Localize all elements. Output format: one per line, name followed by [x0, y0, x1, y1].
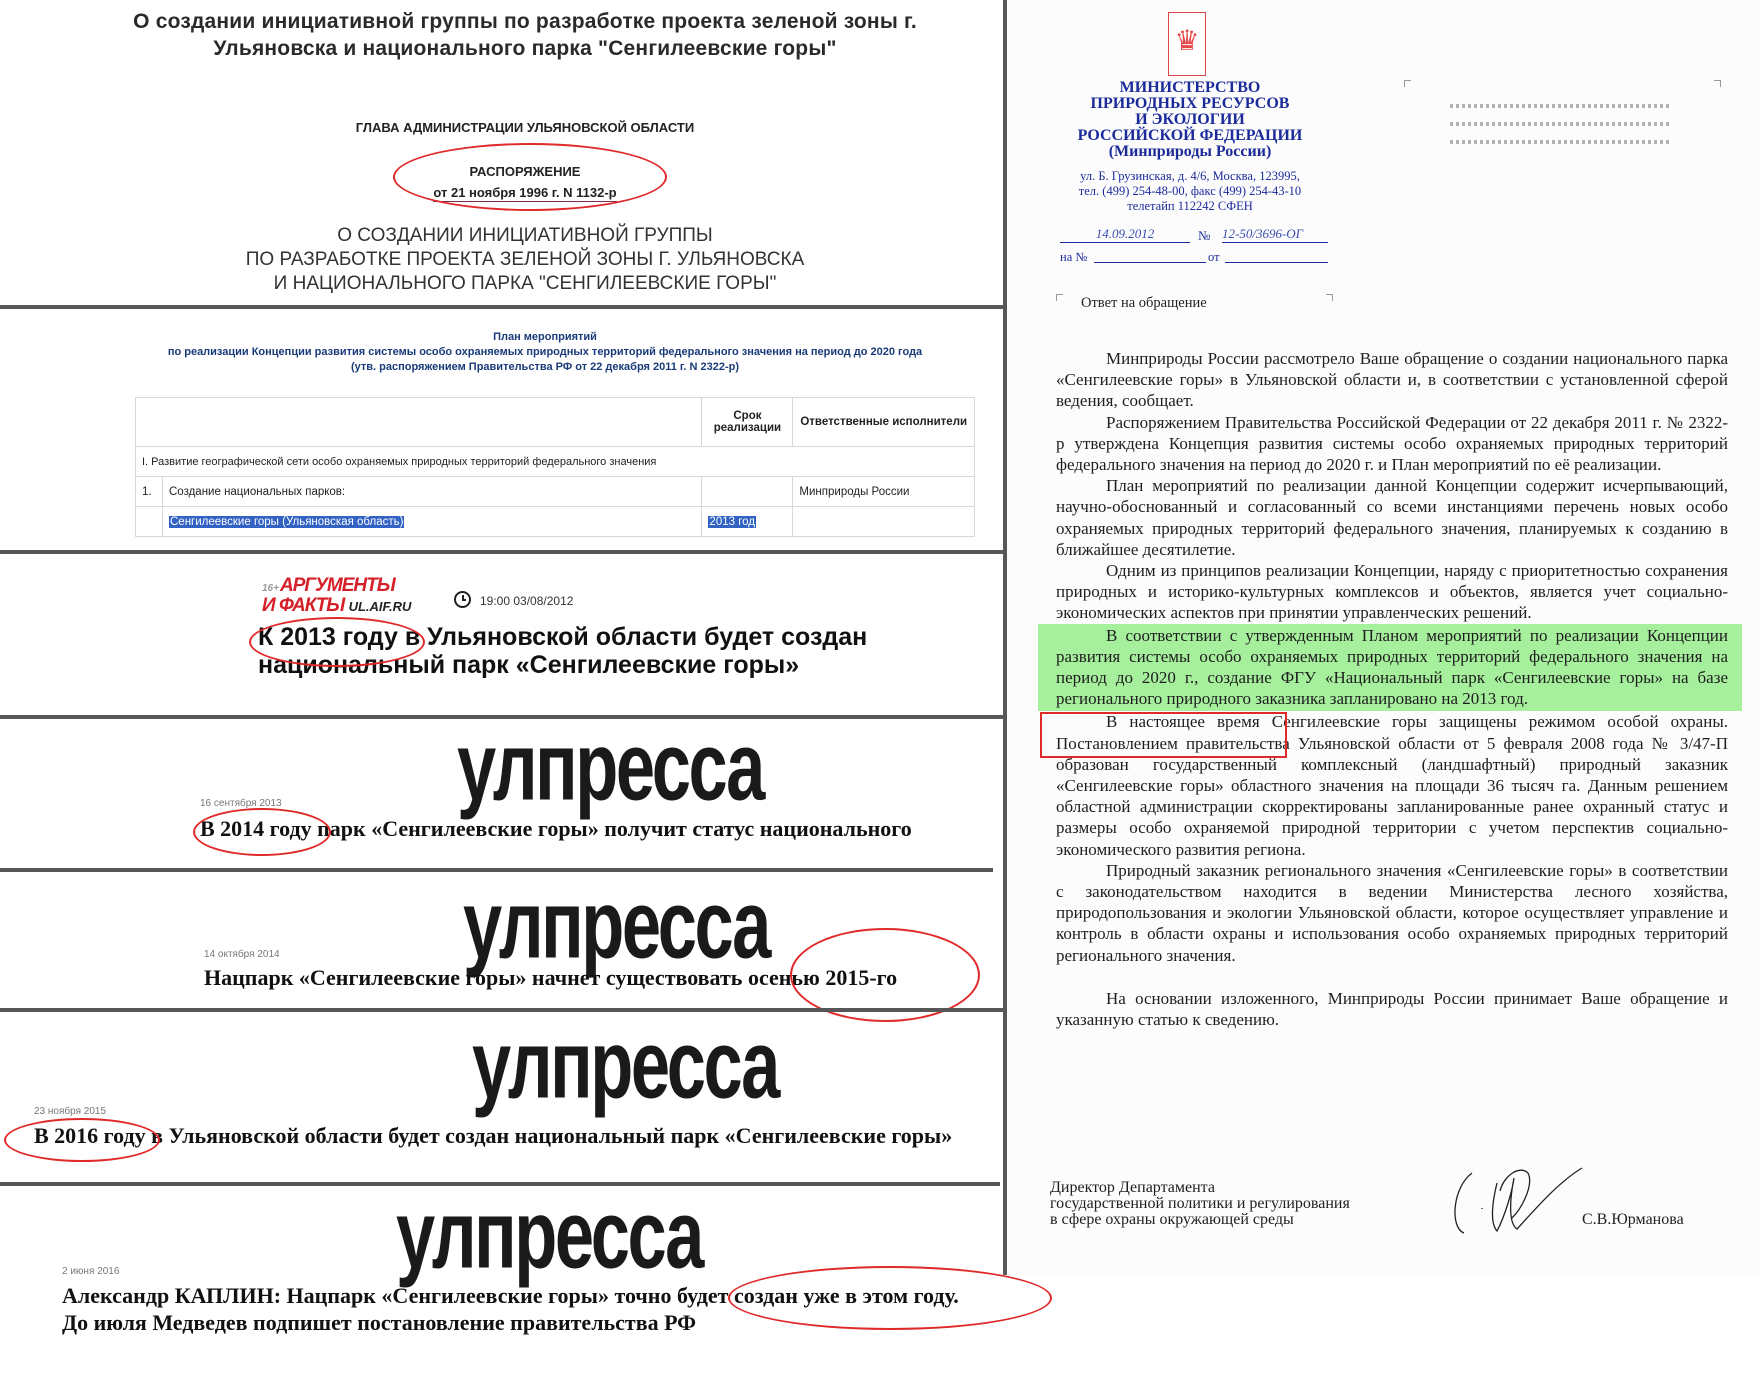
headline-text: Александр КАПЛИН: Нацпарк «Сенгилеевские…: [62, 1283, 677, 1308]
plan-2011-heading-line: по реализации Концепции развития системы…: [120, 345, 970, 360]
table-section-row: I. Развитие географической сети особо ох…: [136, 447, 975, 477]
aif-logo-line2: И ФАКТЫ: [262, 595, 344, 616]
ministry-address-line: телетайп 112242 СФЕН: [1040, 199, 1340, 214]
letter-paragraph: На основании изложенного, Минприроды Рос…: [1056, 988, 1728, 1030]
table-cell-term: [702, 477, 793, 507]
annotation-ellipse-2014: [193, 808, 331, 856]
signatory-title-line: в сфере охраны окружающей среды: [1050, 1212, 1350, 1228]
russian-coat-of-arms-icon: ♛: [1168, 12, 1206, 76]
selected-text[interactable]: 2013 год: [708, 516, 756, 528]
annotation-ellipse-2016: [4, 1118, 160, 1162]
reference-number-field: [1094, 262, 1206, 263]
headline-text: парк «Сенгилеевские горы» получит статус…: [312, 816, 912, 841]
order-1996-subtitle-line: и национального парка "Сенгилеевские гор…: [130, 272, 920, 296]
letter-subject: Ответ на обращение: [1081, 295, 1207, 312]
ministry-address-line: ул. Б. Грузинская, д. 4/6, Москва, 12399…: [1040, 169, 1340, 184]
order-1996-issuer: ГЛАВА АДМИНИСТРАЦИИ УЛЬЯНОВСКОЙ ОБЛАСТИ: [130, 120, 920, 135]
corner-mark: [1404, 80, 1411, 87]
ministry-name-line: РОССИЙСКОЙ ФЕДЕРАЦИИ: [1060, 128, 1320, 144]
plan-2011-heading-line: (утв. распоряжением Правительства РФ от …: [120, 360, 970, 375]
letter-paragraph: Распоряжением Правительства Российской Ф…: [1056, 412, 1728, 476]
outgoing-date: 14.09.2012: [1060, 226, 1190, 243]
ministry-address: ул. Б. Грузинская, д. 4/6, Москва, 12399…: [1040, 169, 1340, 214]
ministry-name-line: И ЭКОЛОГИИ: [1060, 112, 1320, 128]
outgoing-number: 12-50/3696-ОГ: [1222, 226, 1328, 243]
section-divider: [0, 305, 1003, 309]
letter-paragraph: План мероприятий по реализации данной Ко…: [1056, 475, 1728, 560]
table-header-cell: [136, 398, 702, 447]
article-date: 2 июня 2016: [62, 1266, 119, 1277]
corner-mark: [1056, 294, 1063, 301]
table-cell-item[interactable]: Сенгилеевские горы (Ульяновская область): [163, 507, 702, 537]
table-header-row: Срок реализации Ответственные исполнител…: [136, 398, 975, 447]
aif-timestamp: 19:00 03/08/2012: [480, 594, 573, 608]
outgoing-number-label: №: [1198, 228, 1210, 244]
clock-icon: [454, 591, 471, 608]
annotation-ellipse-this-year: [728, 1266, 1052, 1330]
letter-body: Минприроды России рассмотрело Ваше обращ…: [1056, 348, 1728, 1030]
annotation-ellipse-2013: [249, 617, 425, 667]
signatory-name: С.В.Юрманова: [1582, 1211, 1684, 1229]
ulpressa-logo: улпресса: [472, 1020, 778, 1110]
annotation-ellipse-order-date: [393, 143, 667, 211]
redacted-addressee: [1450, 96, 1670, 158]
plan-2011-table: Срок реализации Ответственные исполнител…: [135, 397, 975, 537]
reference-from-label: от: [1208, 250, 1220, 265]
ministry-name: МИНИСТЕРСТВО ПРИРОДНЫХ РЕСУРСОВ И ЭКОЛОГ…: [1060, 80, 1320, 160]
ministry-address-line: тел. (499) 254-48-00, факс (499) 254-43-…: [1040, 184, 1340, 199]
aif-site: UL.AIF.RU: [349, 599, 412, 614]
table-cell-term[interactable]: 2013 год: [702, 507, 793, 537]
ulpressa-logo: улпресса: [463, 880, 769, 970]
article-headline[interactable]: В 2016 году в Ульяновской области будет …: [34, 1122, 994, 1149]
corner-mark: [1326, 294, 1333, 301]
selected-text[interactable]: Сенгилеевские горы (Ульяновская область): [169, 516, 404, 528]
section-divider: [0, 550, 1003, 554]
plan-2011-heading: План мероприятий по реализации Концепции…: [120, 330, 970, 375]
table-header-cell-responsible: Ответственные исполнители: [793, 398, 975, 447]
ulpressa-logo: улпресса: [396, 1190, 702, 1280]
letter-paragraph: Минприроды России рассмотрело Ваше обращ…: [1056, 348, 1728, 412]
signatory-title-line: государственной политики и регулирования: [1050, 1196, 1350, 1212]
table-cell-num: [136, 507, 163, 537]
aif-logo-line1: АРГУМЕНТЫ: [280, 575, 395, 596]
table-cell-item: Создание национальных парков:: [163, 477, 702, 507]
reference-number-label: на №: [1060, 250, 1087, 265]
ministry-name-line: (Минприроды России): [1060, 144, 1320, 160]
table-section-cell: I. Развитие географической сети особо ох…: [136, 447, 975, 477]
letter-paragraph: Природный заказник регионального значени…: [1056, 860, 1728, 966]
ministry-name-line: ПРИРОДНЫХ РЕСУРСОВ: [1060, 96, 1320, 112]
table-header-cell-term: Срок реализации: [702, 398, 793, 447]
corner-mark: [1714, 80, 1721, 87]
signature-icon: [1442, 1163, 1592, 1238]
order-1996-subtitle-line: по разработке проекта зеленой зоны г. Ул…: [130, 248, 920, 272]
table-cell-num: 1.: [136, 477, 163, 507]
article-date: 14 октября 2014: [204, 949, 280, 960]
letter-paragraph-highlighted: В соответствии с утвержденным Планом мер…: [1038, 624, 1742, 712]
table-cell-responsible: Минприроды России: [793, 477, 975, 507]
ulpressa-logo: улпресса: [457, 722, 763, 812]
annotation-rectangle-2013: [1040, 712, 1287, 758]
order-1996-subtitle: О создании инициативной группы по разраб…: [130, 224, 920, 296]
table-row: Сенгилеевские горы (Ульяновская область)…: [136, 507, 975, 537]
plan-2011-heading-line: План мероприятий: [120, 330, 970, 345]
order-1996-subtitle-line: О создании инициативной группы: [130, 224, 920, 248]
signatory-title: Директор Департамента государственной по…: [1050, 1180, 1350, 1228]
headline-text: в Ульяновской области будет создан нацио…: [146, 1123, 953, 1148]
headline-text: Нацпарк «Сенгилеевские горы» начнет суще…: [204, 965, 748, 990]
table-row: 1. Создание национальных парков: Минприр…: [136, 477, 975, 507]
table-cell-responsible: [793, 507, 975, 537]
ministry-name-line: МИНИСТЕРСТВО: [1060, 80, 1320, 96]
aif-age-rating: 16+: [262, 583, 279, 594]
article-date: 23 ноября 2015: [34, 1106, 106, 1117]
aif-logo: 16+АРГУМЕНТЫ И ФАКТЫ UL.AIF.RU: [262, 577, 432, 615]
order-1996-title: О создании инициативной группы по разраб…: [130, 8, 920, 62]
letter-paragraph: Одним из принципов реализации Концепции,…: [1056, 560, 1728, 624]
signatory-title-line: Директор Департамента: [1050, 1180, 1350, 1196]
reference-from-field: [1225, 262, 1328, 263]
